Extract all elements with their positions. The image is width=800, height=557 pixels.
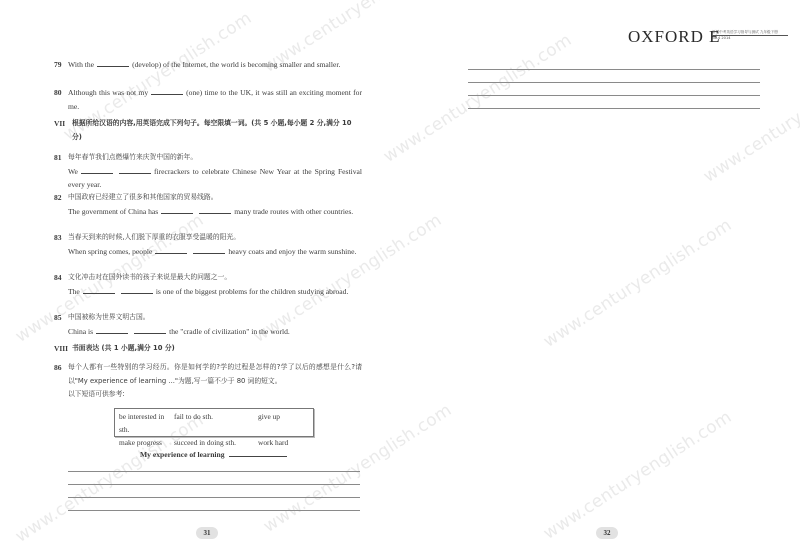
phrase: succeed in doing sth. xyxy=(174,436,258,449)
phrase: make progress xyxy=(119,436,174,449)
section-number: VIII xyxy=(54,342,68,356)
answer-blank[interactable] xyxy=(121,286,153,294)
question-text: Although this was not my xyxy=(68,88,148,97)
writing-line[interactable] xyxy=(68,510,360,511)
question-82: 82 中国政府已经建立了很多和其他国家的贸易线路。 The government… xyxy=(54,191,362,218)
question-text: The government of China has xyxy=(68,207,158,216)
header-issue: No.4 2014 xyxy=(712,36,788,41)
writing-line[interactable] xyxy=(468,69,760,70)
phrase: give up xyxy=(258,410,309,436)
question-text: the "cradle of civilization" in the worl… xyxy=(169,327,290,336)
answer-blank[interactable] xyxy=(83,286,115,294)
phrase: be interested in sth. xyxy=(119,410,174,436)
answer-blank[interactable] xyxy=(81,166,113,174)
chinese-sentence: 当春天到来的时候,人们脱下厚重的衣服享受温暖的阳光。 xyxy=(68,231,362,245)
right-page: www.centuryenglish.com www.centuryenglis… xyxy=(400,0,800,557)
writing-line[interactable] xyxy=(68,484,360,485)
section-instruction: 书面表达 (共 1 小题,满分 10 分) xyxy=(72,342,362,356)
question-number: 80 xyxy=(54,86,62,100)
answer-blank[interactable] xyxy=(119,166,151,174)
writing-line[interactable] xyxy=(468,82,760,83)
question-number: 81 xyxy=(54,151,62,165)
writing-line[interactable] xyxy=(468,95,760,96)
header-subtitle: 新疆中考英语学习指导与测试 九年级下册 No.4 2014 xyxy=(712,30,788,41)
watermark: www.centuryenglish.com xyxy=(540,407,735,544)
question-number: 79 xyxy=(54,58,62,72)
question-text: heavy coats and enjoy the warm sunshine. xyxy=(228,247,356,256)
answer-blank[interactable] xyxy=(161,206,193,214)
page-number: 32 xyxy=(596,527,618,539)
section-instruction: 根据所给汉语的内容,用英语完成下列句子。每空限填一词。(共 5 小题,每小题 2… xyxy=(72,117,362,144)
question-text: many trade routes with other countries. xyxy=(234,207,353,216)
phrase-row: make progress succeed in doing sth. work… xyxy=(119,436,309,449)
answer-blank[interactable] xyxy=(199,206,231,214)
question-number: 86 xyxy=(54,361,62,375)
chinese-sentence: 每年春节我们点燃爆竹来庆贺中国的新年。 xyxy=(68,151,362,165)
writing-prompt: 每个人都有一些特别的学习经历。你是如何学的?学的过程是怎样的?学了以后的感想是什… xyxy=(68,361,362,388)
question-84: 84 文化冲击对在国外读书的孩子来说是最大的问题之一。 Theis one of… xyxy=(54,271,362,298)
brand-title: OXFORD E xyxy=(628,27,721,47)
answer-blank[interactable] xyxy=(155,246,187,254)
answer-blank[interactable] xyxy=(96,326,128,334)
left-page: www.centuryenglish.com www.centuryenglis… xyxy=(0,0,400,557)
writing-hint: 以下短语可供参考: xyxy=(68,388,362,402)
section-vii-heading: VII 根据所给汉语的内容,用英语完成下列句子。每空限填一词。(共 5 小题,每… xyxy=(54,117,362,144)
question-text: We xyxy=(68,167,78,176)
page-number: 31 xyxy=(196,527,218,539)
question-text: China is xyxy=(68,327,93,336)
question-text: With the xyxy=(68,60,94,69)
question-86: 86 每个人都有一些特别的学习经历。你是如何学的?学的过程是怎样的?学了以后的感… xyxy=(54,361,362,402)
chinese-sentence: 中国政府已经建立了很多和其他国家的贸易线路。 xyxy=(68,191,362,205)
answer-blank[interactable] xyxy=(134,326,166,334)
question-number: 84 xyxy=(54,271,62,285)
writing-line[interactable] xyxy=(68,497,360,498)
answer-blank[interactable] xyxy=(97,59,129,67)
essay-title: My experience of learning xyxy=(140,449,290,459)
writing-line[interactable] xyxy=(68,471,360,472)
section-number: VII xyxy=(54,117,65,131)
question-text: When spring comes, people xyxy=(68,247,152,256)
phrase: fail to do sth. xyxy=(174,410,258,436)
question-text: is one of the biggest problems for the c… xyxy=(156,287,349,296)
question-text: (develop) of the Internet, the world is … xyxy=(132,60,340,69)
question-text: The xyxy=(68,287,80,296)
chinese-sentence: 中国被称为世界文明古国。 xyxy=(68,311,362,325)
reference-phrases-box: be interested in sth. fail to do sth. gi… xyxy=(114,408,314,437)
answer-blank[interactable] xyxy=(193,246,225,254)
essay-title-blank[interactable] xyxy=(229,449,287,457)
answer-blank[interactable] xyxy=(151,87,183,95)
question-number: 83 xyxy=(54,231,62,245)
question-79: 79 With the(develop) of the Internet, th… xyxy=(54,58,362,72)
question-number: 82 xyxy=(54,191,62,205)
question-80: 80 Although this was not my(one) time to… xyxy=(54,86,362,113)
phrase: work hard xyxy=(258,436,309,449)
question-81: 81 每年春节我们点燃爆竹来庆贺中国的新年。 Wefirecrackers to… xyxy=(54,151,362,192)
question-85: 85 中国被称为世界文明古国。 China isthe "cradle of c… xyxy=(54,311,362,338)
question-number: 85 xyxy=(54,311,62,325)
question-83: 83 当春天到来的时候,人们脱下厚重的衣服享受温暖的阳光。 When sprin… xyxy=(54,231,362,258)
watermark: www.centuryenglish.com xyxy=(380,30,575,167)
writing-line[interactable] xyxy=(468,108,760,109)
section-viii-heading: VIII 书面表达 (共 1 小题,满分 10 分) xyxy=(54,342,362,356)
phrase-row: be interested in sth. fail to do sth. gi… xyxy=(119,410,309,436)
watermark: www.centuryenglish.com xyxy=(700,50,800,187)
chinese-sentence: 文化冲击对在国外读书的孩子来说是最大的问题之一。 xyxy=(68,271,362,285)
essay-title-text: My experience of learning xyxy=(140,450,225,459)
watermark: www.centuryenglish.com xyxy=(540,215,735,352)
